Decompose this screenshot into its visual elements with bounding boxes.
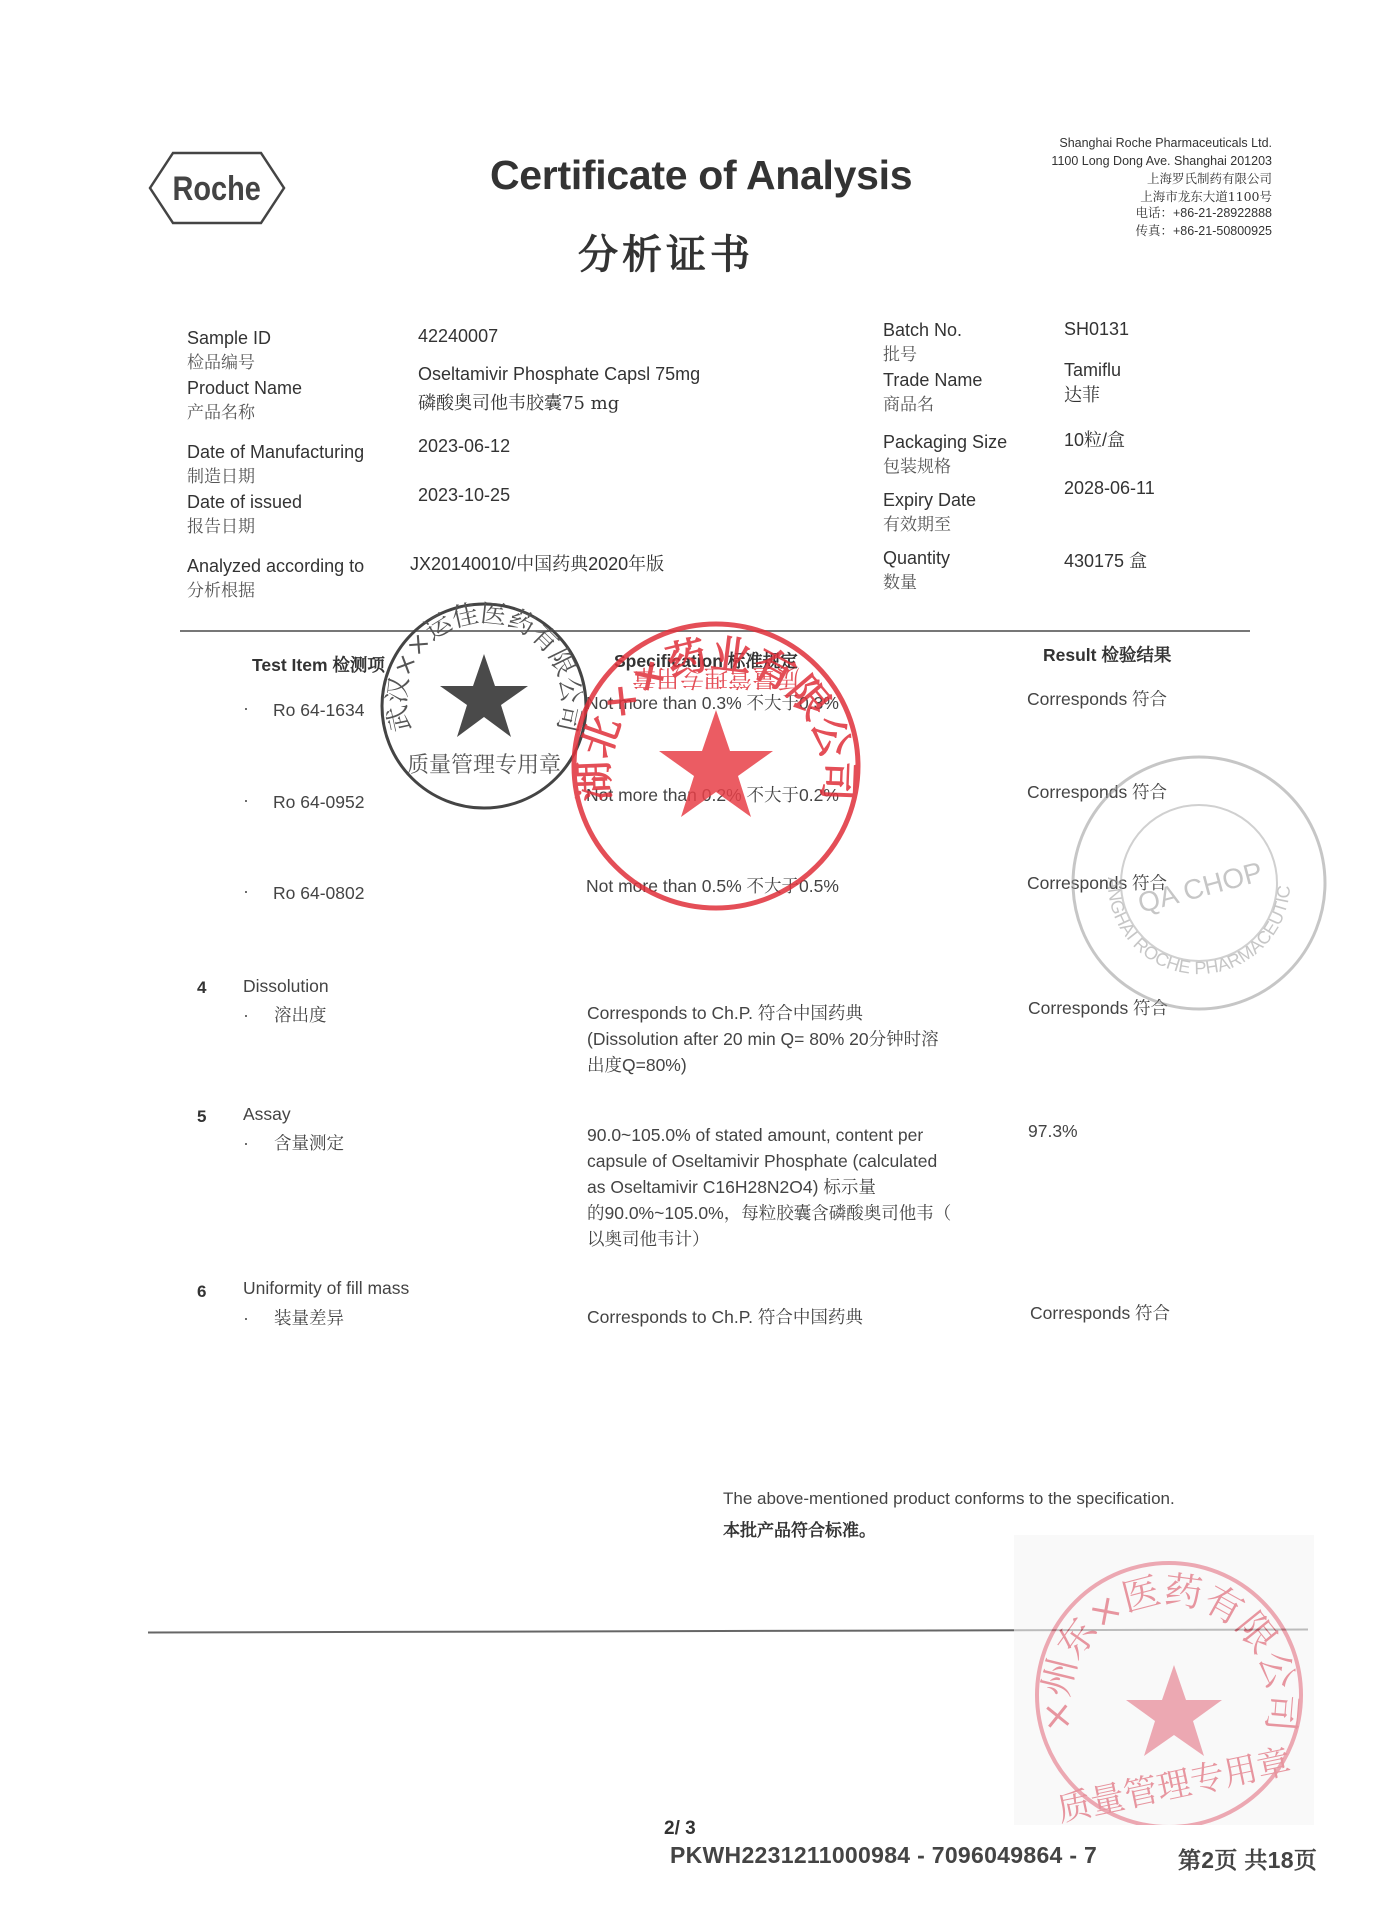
batch-no-label: Batch No. — [883, 318, 1007, 343]
trade-name-label: Trade Name — [883, 368, 1007, 393]
row-number: 4 — [197, 978, 206, 998]
test-item-name-cn: 溶出度 — [274, 1003, 327, 1029]
company-name-cn: 上海罗氏制药有限公司 — [1051, 170, 1272, 188]
test-item-result: Corresponds 符合 — [1027, 686, 1167, 712]
column-header-result: Result 检验结果 — [1043, 642, 1171, 667]
row-number: 6 — [197, 1282, 206, 1302]
test-item-spec: Corresponds to Ch.P. 符合中国药典 — [587, 1304, 863, 1330]
bullet: · — [243, 1308, 249, 1329]
page-indicator-cn: 第2页 共18页 — [1178, 1842, 1317, 1875]
spec-line: 出度Q=80%) — [587, 1052, 939, 1078]
trade-name-label-cn: 商品名 — [883, 393, 1007, 418]
bullet: · — [243, 698, 249, 719]
company-address: Shanghai Roche Pharmaceuticals Ltd. 1100… — [1051, 135, 1272, 240]
analyzed-according-label-cn: 分析根据 — [187, 579, 364, 604]
spec-line: 以奥司他韦计） — [587, 1226, 951, 1252]
expiry-date-value: 2028-06-11 — [1064, 474, 1155, 502]
bullet: · — [243, 1133, 249, 1154]
roche-logo: Roche — [147, 150, 287, 226]
issue-date-label: Date of issued — [187, 490, 364, 515]
company-street: 1100 Long Dong Ave. Shanghai 201203 — [1051, 153, 1272, 171]
manufacturing-date-label-cn: 制造日期 — [187, 465, 364, 490]
product-name-label: Product Name — [187, 376, 364, 401]
test-item-spec: 90.0~105.0% of stated amount, content pe… — [587, 1122, 951, 1252]
test-item-spec: Corresponds to Ch.P. 符合中国药典 (Dissolution… — [587, 1000, 939, 1078]
spec-line: Corresponds to Ch.P. 符合中国药典 — [587, 1000, 939, 1026]
svg-text:质量管理专用章: 质量管理专用章 — [632, 664, 800, 692]
sample-id-value: 42240007 — [418, 322, 498, 350]
company-fax: 传真：+86-21-50800925 — [1051, 223, 1272, 241]
issue-date-label-cn: 报告日期 — [187, 515, 364, 540]
test-item-name: Uniformity of fill mass — [243, 1275, 409, 1301]
document-title-cn: 分析证书 — [578, 223, 754, 280]
quantity-label: Quantity — [883, 546, 1007, 571]
test-item-result: Corresponds 符合 — [1030, 1300, 1170, 1326]
sample-id-label-cn: 检品编号 — [187, 351, 364, 376]
test-item-name: Assay — [243, 1101, 291, 1127]
page-fraction: 2/ 3 — [664, 1818, 696, 1840]
batch-no-value: SH0131 — [1064, 315, 1129, 343]
quantity-value: 430175 盒 — [1064, 547, 1147, 575]
spec-line: 90.0~105.0% of stated amount, content pe… — [587, 1122, 951, 1148]
row-number: 5 — [197, 1107, 206, 1127]
analyzed-according-value: JX20140010/中国药典2020年版 — [410, 550, 664, 578]
product-name-value-cn: 磷酸奥司他韦胶囊75 mg — [418, 390, 619, 418]
document-code: PKWH2231211000984 - 7096049864 - 7 — [670, 1842, 1097, 1869]
expiry-date-label-cn: 有效期至 — [883, 513, 1007, 538]
company-phone: 电话：+86-21-28922888 — [1051, 205, 1272, 223]
test-item-name: Ro 64-0802 — [273, 880, 364, 906]
column-header-test-item: Test Item 检测项 — [252, 652, 385, 677]
test-item-name: Dissolution — [243, 973, 329, 999]
wuhan-quality-stamp: 武汉××运佳医药有限公司 质量管理专用章 — [378, 600, 590, 812]
manufacturing-date-label: Date of Manufacturing — [187, 440, 364, 465]
test-item-name-cn: 装量差异 — [274, 1306, 344, 1332]
test-item-name-cn: 含量测定 — [274, 1131, 344, 1157]
hubei-quality-stamp: 湖北××药业有限公司 质量管理专用章 — [568, 618, 864, 914]
manufacturing-date-value: 2023-06-12 — [418, 432, 510, 460]
test-item-name: Ro 64-0952 — [273, 789, 364, 815]
sample-id-label: Sample ID — [187, 326, 364, 351]
packaging-size-value: 10粒/盒 — [1064, 426, 1125, 454]
info-left-labels: Sample ID 检品编号 Product Name 产品名称 Date of… — [187, 326, 364, 604]
svg-text:SHANGHAI ROCHE PHARMACEUTICALS: SHANGHAI ROCHE PHARMACEUTICALS — [1068, 752, 1294, 978]
qa-chop-stamp: SHANGHAI ROCHE PHARMACEUTICALS QA CHOP — [1068, 752, 1330, 1014]
batch-no-label-cn: 批号 — [883, 343, 1007, 368]
issue-date-value: 2023-10-25 — [418, 481, 510, 509]
bullet: · — [243, 1005, 249, 1026]
expiry-date-label: Expiry Date — [883, 488, 1007, 513]
product-name-label-cn: 产品名称 — [187, 401, 364, 426]
conclusion-text: The above-mentioned product conforms to … — [723, 1486, 1175, 1512]
trade-name-value-cn: 达菲 — [1064, 382, 1100, 410]
trade-name-value: Tamiflu — [1064, 356, 1121, 384]
spec-line: as Oseltamivir C16H28N2O4) 标示量 — [587, 1174, 951, 1200]
info-right-labels: Batch No. 批号 Trade Name 商品名 Packaging Si… — [883, 318, 1007, 596]
packaging-size-label-cn: 包装规格 — [883, 455, 1007, 480]
svg-text:Roche: Roche — [173, 169, 261, 208]
svg-text:QA CHOP: QA CHOP — [1135, 856, 1266, 919]
company-name: Shanghai Roche Pharmaceuticals Ltd. — [1051, 135, 1272, 153]
bottom-quality-stamp: ×州东×医药有限公司 质量管理专用章 — [1014, 1535, 1314, 1825]
product-name-value: Oseltamivir Phosphate Capsl 75mg — [418, 360, 700, 388]
spec-line: (Dissolution after 20 min Q= 80% 20分钟时溶 — [587, 1026, 939, 1052]
analyzed-according-label: Analyzed according to — [187, 554, 364, 579]
document-title: Certificate of Analysis — [490, 152, 912, 199]
bullet: · — [243, 881, 249, 902]
packaging-size-label: Packaging Size — [883, 430, 1007, 455]
quantity-label-cn: 数量 — [883, 571, 1007, 596]
test-item-result: 97.3% — [1028, 1118, 1078, 1144]
test-item-name: Ro 64-1634 — [273, 697, 364, 723]
conclusion-text-cn: 本批产品符合标准。 — [723, 1518, 876, 1544]
svg-text:质量管理专用章: 质量管理专用章 — [407, 753, 561, 778]
spec-line: capsule of Oseltamivir Phosphate (calcul… — [587, 1148, 951, 1174]
company-street-cn: 上海市龙东大道1100号 — [1051, 188, 1272, 206]
spec-line: 的90.0%~105.0%，每粒胶囊含磷酸奥司他韦（ — [587, 1200, 951, 1226]
bullet: · — [243, 790, 249, 811]
